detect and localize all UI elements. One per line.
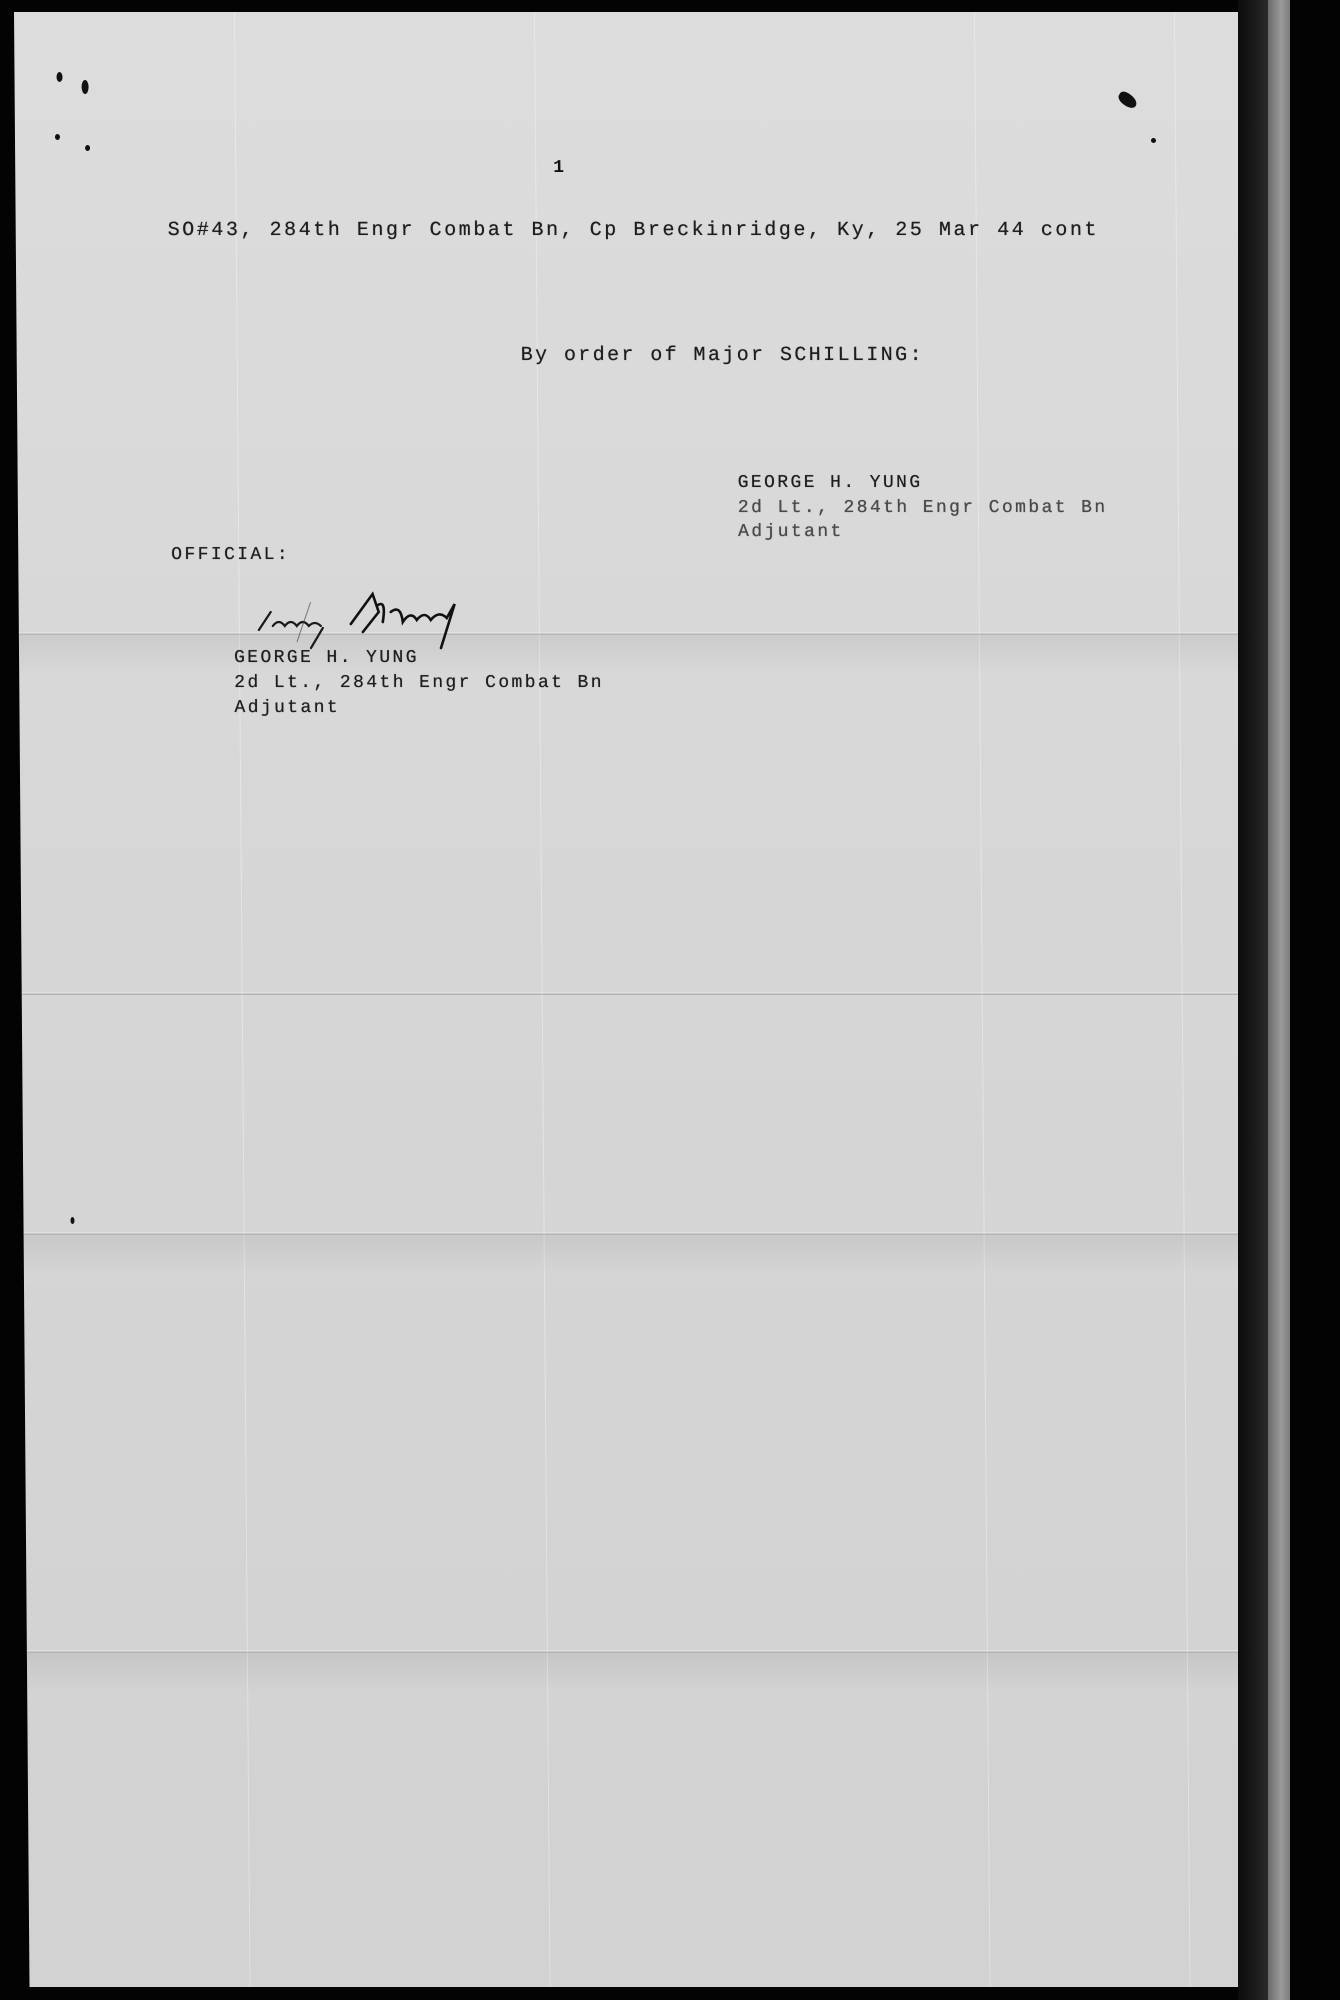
fold-shadow: [27, 1653, 1259, 1693]
commander-rank-unit: 2d Lt., 284th Engr Combat Bn: [738, 496, 1108, 521]
ink-blot-mark: [70, 1217, 74, 1224]
ink-blot-mark: [1151, 138, 1156, 143]
official-title: Adjutant: [234, 696, 340, 721]
film-margin-strip: [1268, 0, 1290, 2000]
fold-line: [22, 992, 1254, 995]
binding-hole-mark: [85, 145, 90, 151]
page-edge-shadow: [1238, 0, 1270, 2000]
official-rank-unit: 2d Lt., 284th Engr Combat Bn: [234, 671, 604, 696]
official-name: GEORGE H. YUNG: [234, 646, 419, 671]
commander-name: GEORGE H. YUNG: [738, 471, 923, 496]
document-heading: SO#43, 284th Engr Combat Bn, Cp Breckinr…: [168, 218, 1100, 243]
page-number-mark: 1: [553, 158, 564, 178]
commander-title: Adjutant: [738, 520, 844, 545]
fold-shadow: [19, 635, 1251, 675]
binding-hole-mark: [55, 134, 60, 140]
binding-hole-mark: [82, 80, 89, 94]
binding-hole-mark: [56, 72, 62, 82]
fold-shadow: [24, 1235, 1256, 1275]
official-label: OFFICIAL:: [171, 543, 290, 568]
handwritten-signature: [250, 582, 501, 652]
authority-line: By order of Major SCHILLING:: [521, 343, 924, 368]
ink-blot-mark: [1116, 89, 1139, 110]
document-page: 1 SO#43, 284th Engr Combat Bn, Cp Brecki…: [14, 12, 1262, 1987]
